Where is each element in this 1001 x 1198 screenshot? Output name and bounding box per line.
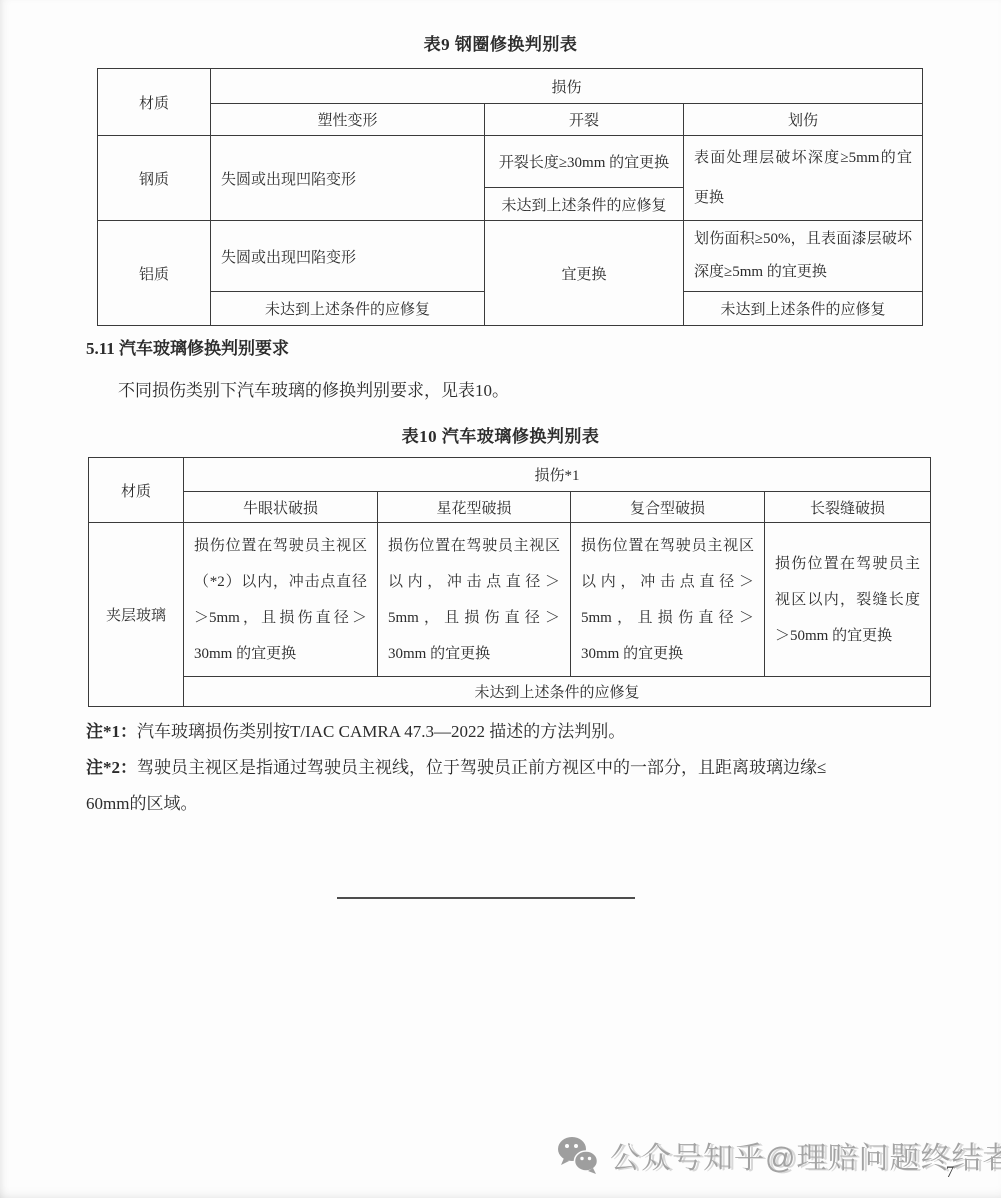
t9-aluminum-plastic: 失圆或出现凹陷变形 (211, 221, 485, 292)
t9-steel-scratch: 表面处理层破坏深度≥5mm的宜更换 (684, 136, 923, 221)
t9-aluminum-scratch: 划伤面积≥50%，且表面漆层破坏深度≥5mm 的宜更换 (684, 221, 923, 292)
t10-header-material: 材质 (89, 458, 184, 523)
note-1-label: 注*1： (86, 722, 137, 741)
t9-header-plastic-deform: 塑性变形 (211, 104, 485, 136)
t10-header-damage: 损伤*1 (184, 458, 931, 492)
t10-header-composite: 复合型破损 (571, 492, 765, 523)
page-number: 7 (946, 1164, 954, 1182)
t9-aluminum-material: 铝质 (98, 221, 211, 326)
table10-title: 表10 汽车玻璃修换判别表 (0, 422, 1001, 447)
t10-cell-star: 损伤位置在驾驶员主视区以内，冲击点直径＞5mm，且损伤直径＞30mm 的宜更换 (378, 523, 571, 677)
t9-header-damage: 损伤 (211, 69, 923, 104)
section-heading-5-11: 5.11 汽车玻璃修换判别要求 (86, 334, 289, 359)
t9-aluminum-scratch-repair: 未达到上述条件的应修复 (684, 292, 923, 326)
t9-header-material: 材质 (98, 69, 211, 136)
t10-cell-repair: 未达到上述条件的应修复 (184, 677, 931, 707)
t10-header-long-crack: 长裂缝破损 (765, 492, 931, 523)
t10-material-laminated-glass: 夹层玻璃 (89, 523, 184, 707)
t9-steel-plastic: 失圆或出现凹陷变形 (211, 136, 485, 221)
t9-steel-material: 钢质 (98, 136, 211, 221)
watermark-text: 公众号知乎@理赔问题终结者 (610, 1133, 1001, 1177)
note-1: 注*1：汽车玻璃损伤类别按T/IAC CAMRA 47.3—2022 描述的方法… (86, 714, 966, 750)
wechat-icon (556, 1135, 600, 1175)
t10-cell-bullseye: 损伤位置在驾驶员主视区（*2）以内，冲击点直径＞5mm，且损伤直径＞30mm 的… (184, 523, 378, 677)
t9-steel-crack-repair: 未达到上述条件的应修复 (485, 188, 684, 221)
table9-title: 表9 钢圈修换判别表 (0, 30, 1001, 55)
watermark: 公众号知乎@理赔问题终结者 (556, 1133, 1001, 1177)
t9-steel-crack-replace: 开裂长度≥30mm 的宜更换 (485, 136, 684, 188)
section-paragraph: 不同损伤类别下汽车玻璃的修换判别要求，见表10。 (118, 376, 509, 401)
document-page: 表9 钢圈修换判别表 材质 损伤 塑性变形 开裂 划伤 钢质 失圆或出现凹陷变形… (0, 0, 1001, 1198)
note-2-text-line1: 驾驶员主视区是指通过驾驶员主视线，位于驾驶员正前方视区中的一部分，且距离玻璃边缘… (137, 758, 826, 777)
t9-aluminum-plastic-repair: 未达到上述条件的应修复 (211, 292, 485, 326)
table-10-glass-repair-replace: 材质 损伤*1 牛眼状破损 星花型破损 复合型破损 长裂缝破损 夹层玻璃 损伤位… (88, 457, 931, 707)
horizontal-divider (337, 897, 635, 899)
t9-header-crack: 开裂 (485, 104, 684, 136)
note-2-label: 注*2： (86, 758, 137, 777)
t10-cell-long-crack: 损伤位置在驾驶员主视区以内，裂缝长度＞50mm 的宜更换 (765, 523, 931, 677)
t10-header-bullseye: 牛眼状破损 (184, 492, 378, 523)
note-1-text: 汽车玻璃损伤类别按T/IAC CAMRA 47.3—2022 描述的方法判别。 (137, 722, 625, 741)
t9-aluminum-crack: 宜更换 (485, 221, 684, 326)
note-2: 注*2：驾驶员主视区是指通过驾驶员主视线，位于驾驶员正前方视区中的一部分，且距离… (86, 750, 966, 822)
table-9-rim-repair-replace: 材质 损伤 塑性变形 开裂 划伤 钢质 失圆或出现凹陷变形 开裂长度≥30mm … (97, 68, 923, 326)
note-2-text-line2: 60mm的区域。 (86, 786, 966, 822)
t10-header-star: 星花型破损 (378, 492, 571, 523)
t10-cell-composite: 损伤位置在驾驶员主视区以内，冲击点直径＞5mm，且损伤直径＞30mm 的宜更换 (571, 523, 765, 677)
t9-header-scratch: 划伤 (684, 104, 923, 136)
